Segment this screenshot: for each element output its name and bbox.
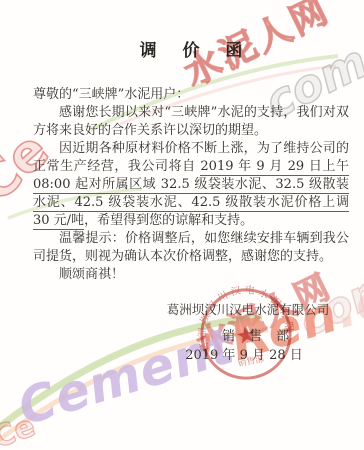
paragraph-price-adjustment: 因近期各种原材料价格不断上涨，为了维持公司的正常生产经营，我公司将自 2019 …	[33, 140, 349, 230]
signature-company-name: 葛洲坝汉川汉电水泥有限公司	[166, 300, 330, 318]
letter-title: 调 价 函	[33, 36, 349, 61]
watermark-ce-bottom-corner: Ce	[0, 409, 40, 450]
salutation: 尊敬的“三峡牌”水泥用户：	[33, 86, 349, 104]
scanned-letter-page: 水泥人网 com Ce 水泥人网 com CementRen.com Ce 调 …	[0, 0, 364, 450]
signature-date: 2019 年 9 月 28 日	[170, 344, 318, 363]
closing-greeting: 顺颂商祺！	[33, 266, 349, 284]
paragraph-thanks: 感谢您长期以来对“三峡牌”水泥的支持，我们对双方将来良好的合作关系许以深切的期望…	[33, 104, 349, 140]
letter-body: 调 价 函 尊敬的“三峡牌”水泥用户： 感谢您长期以来对“三峡牌”水泥的支持，我…	[33, 36, 349, 284]
price-paragraph-tail: ，希望得到您的谅解和支持。	[84, 213, 253, 228]
signature-department: 销 售 部	[198, 325, 318, 344]
paragraph-reminder: 温馨提示：价格调整后，如您继续安排车辆到我公司提货，则视为确认本次价格调整，感谢…	[33, 230, 349, 266]
